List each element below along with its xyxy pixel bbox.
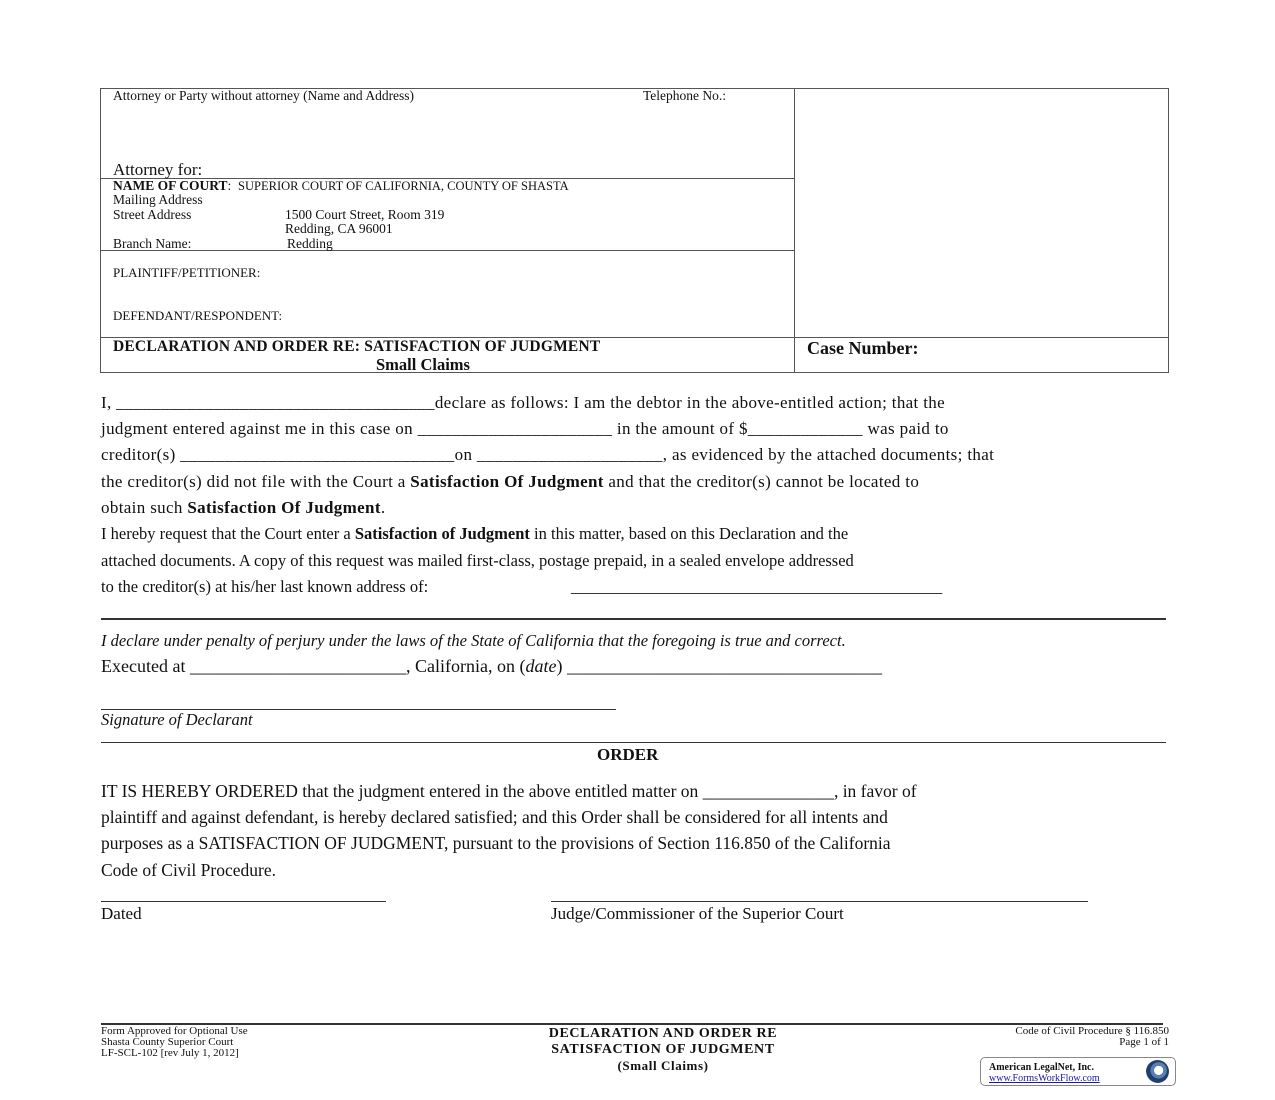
globe-icon [1146, 1060, 1169, 1083]
text: , as evidenced by the attached documents… [663, 445, 994, 464]
name-of-court-label: NAME OF COURT [113, 178, 228, 193]
declaration-line-7: attached documents. A copy of this reque… [101, 551, 854, 571]
footer-left-line-3: LF-SCL-102 [rev July 1, 2012] [101, 1048, 239, 1059]
footer-title-line-2: SATISFACTION OF JUDGMENT [463, 1042, 863, 1058]
form-subtitle: Small Claims [376, 355, 470, 375]
footer-title-line-3: (Small Claims) [463, 1058, 863, 1074]
order-line-3: purposes as a SATISFACTION OF JUDGMENT, … [101, 833, 891, 854]
judgment-date-blank[interactable]: ______________________ [418, 419, 613, 438]
american-legalnet-logo[interactable]: American LegalNet, Inc. www.FormsWorkFlo… [980, 1057, 1176, 1086]
declaration-line-5: obtain such Satisfaction Of Judgment. [101, 498, 385, 518]
text: declare as follows: I am the debtor in t… [435, 393, 945, 412]
name-of-court-value: SUPERIOR COURT OF CALIFORNIA, COUNTY OF … [238, 179, 569, 193]
order-line-1: IT IS HEREBY ORDERED that the judgment e… [101, 781, 917, 802]
text: the creditor(s) did not file with the Co… [101, 472, 410, 491]
address-line-rule[interactable] [101, 618, 1166, 620]
text: , California, on ( [406, 656, 525, 676]
executed-date-blank[interactable]: ___________________________________ [567, 656, 882, 676]
text: and that the creditor(s) cannot be locat… [604, 472, 919, 491]
logo-url-link[interactable]: www.FormsWorkFlow.com [989, 1073, 1100, 1084]
judge-label: Judge/Commissioner of the Superior Court [551, 904, 844, 924]
street-address-line2: Redding, CA 96001 [285, 221, 393, 237]
footer-title-line-1: DECLARATION AND ORDER RE [463, 1026, 863, 1042]
declaration-line-2: judgment entered against me in this case… [101, 419, 949, 439]
defendant-label: DEFENDANT/RESPONDENT: [113, 308, 282, 324]
attorney-for-label: Attorney for: [113, 160, 202, 180]
text: I, [101, 393, 116, 412]
order-line-4: Code of Civil Procedure. [101, 860, 276, 881]
telephone-label: Telephone No.: [643, 88, 726, 104]
executed-location-blank[interactable]: ________________________ [190, 656, 406, 676]
text: Executed at [101, 656, 190, 676]
executed-line: Executed at ________________________, Ca… [101, 656, 882, 677]
text: I hereby request that the Court enter a [101, 524, 355, 543]
text: , in favor of [834, 781, 917, 801]
text: judgment entered against me in this case… [101, 419, 418, 438]
text: obtain such [101, 498, 187, 517]
declaration-line-8: to the creditor(s) at his/her last known… [101, 577, 428, 597]
order-line-2: plaintiff and against defendant, is here… [101, 807, 888, 828]
creditor-blank[interactable]: _______________________________ [180, 445, 454, 464]
section-divider [101, 742, 1166, 743]
bold-text: Satisfaction of Judgment [355, 524, 530, 543]
declaration-line-3: creditor(s) ____________________________… [101, 445, 994, 465]
text: to the creditor(s) at his/her last known… [101, 577, 428, 596]
branch-name-value: Redding [287, 236, 333, 252]
dated-line[interactable] [101, 901, 386, 902]
payment-date-blank[interactable]: _____________________ [477, 445, 663, 464]
declaration-line-6: I hereby request that the Court enter a … [101, 524, 848, 544]
text: in the amount of $ [612, 419, 748, 438]
caption-box [100, 88, 1169, 373]
text: creditor(s) [101, 445, 180, 464]
form-title: DECLARATION AND ORDER RE: SATISFACTION O… [113, 338, 600, 356]
attorney-label: Attorney or Party without attorney (Name… [113, 88, 414, 104]
declaration-line-4: the creditor(s) did not file with the Co… [101, 472, 919, 492]
logo-name: American LegalNet, Inc. [989, 1062, 1094, 1073]
declaration-line-1: I, ____________________________________d… [101, 393, 945, 413]
perjury-statement: I declare under penalty of perjury under… [101, 631, 846, 651]
judge-signature-line[interactable] [551, 901, 1088, 902]
plaintiff-label: PLAINTIFF/PETITIONER: [113, 265, 260, 281]
order-judgment-date-blank[interactable]: _______________ [703, 781, 834, 801]
footer-rule [101, 1023, 1163, 1025]
creditor-address-blank[interactable]: ________________________________________… [571, 577, 942, 597]
text: . [381, 498, 386, 517]
date-label: date [525, 656, 556, 676]
case-number-label: Case Number: [807, 338, 918, 359]
signature-label: Signature of Declarant [101, 710, 253, 730]
bold-text: Satisfaction Of Judgment [187, 498, 381, 517]
declarant-name-blank[interactable]: ____________________________________ [116, 393, 435, 412]
mailing-address-label: Mailing Address [113, 192, 203, 208]
street-address-label: Street Address [113, 207, 191, 223]
text: on [455, 445, 477, 464]
colon: : [228, 178, 239, 193]
text: in this matter, based on this Declaratio… [530, 524, 848, 543]
text: ) [556, 656, 567, 676]
order-heading: ORDER [597, 745, 658, 765]
branch-name-label: Branch Name: [113, 236, 191, 252]
bold-text: Satisfaction Of Judgment [410, 472, 604, 491]
caption-divider [100, 250, 794, 251]
text: IT IS HEREBY ORDERED that the judgment e… [101, 781, 703, 801]
text: was paid to [863, 419, 949, 438]
caption-divider-vertical [794, 88, 795, 373]
dated-label: Dated [101, 904, 142, 924]
footer-page-number: Page 1 of 1 [1119, 1037, 1169, 1048]
amount-blank[interactable]: _____________ [748, 419, 863, 438]
